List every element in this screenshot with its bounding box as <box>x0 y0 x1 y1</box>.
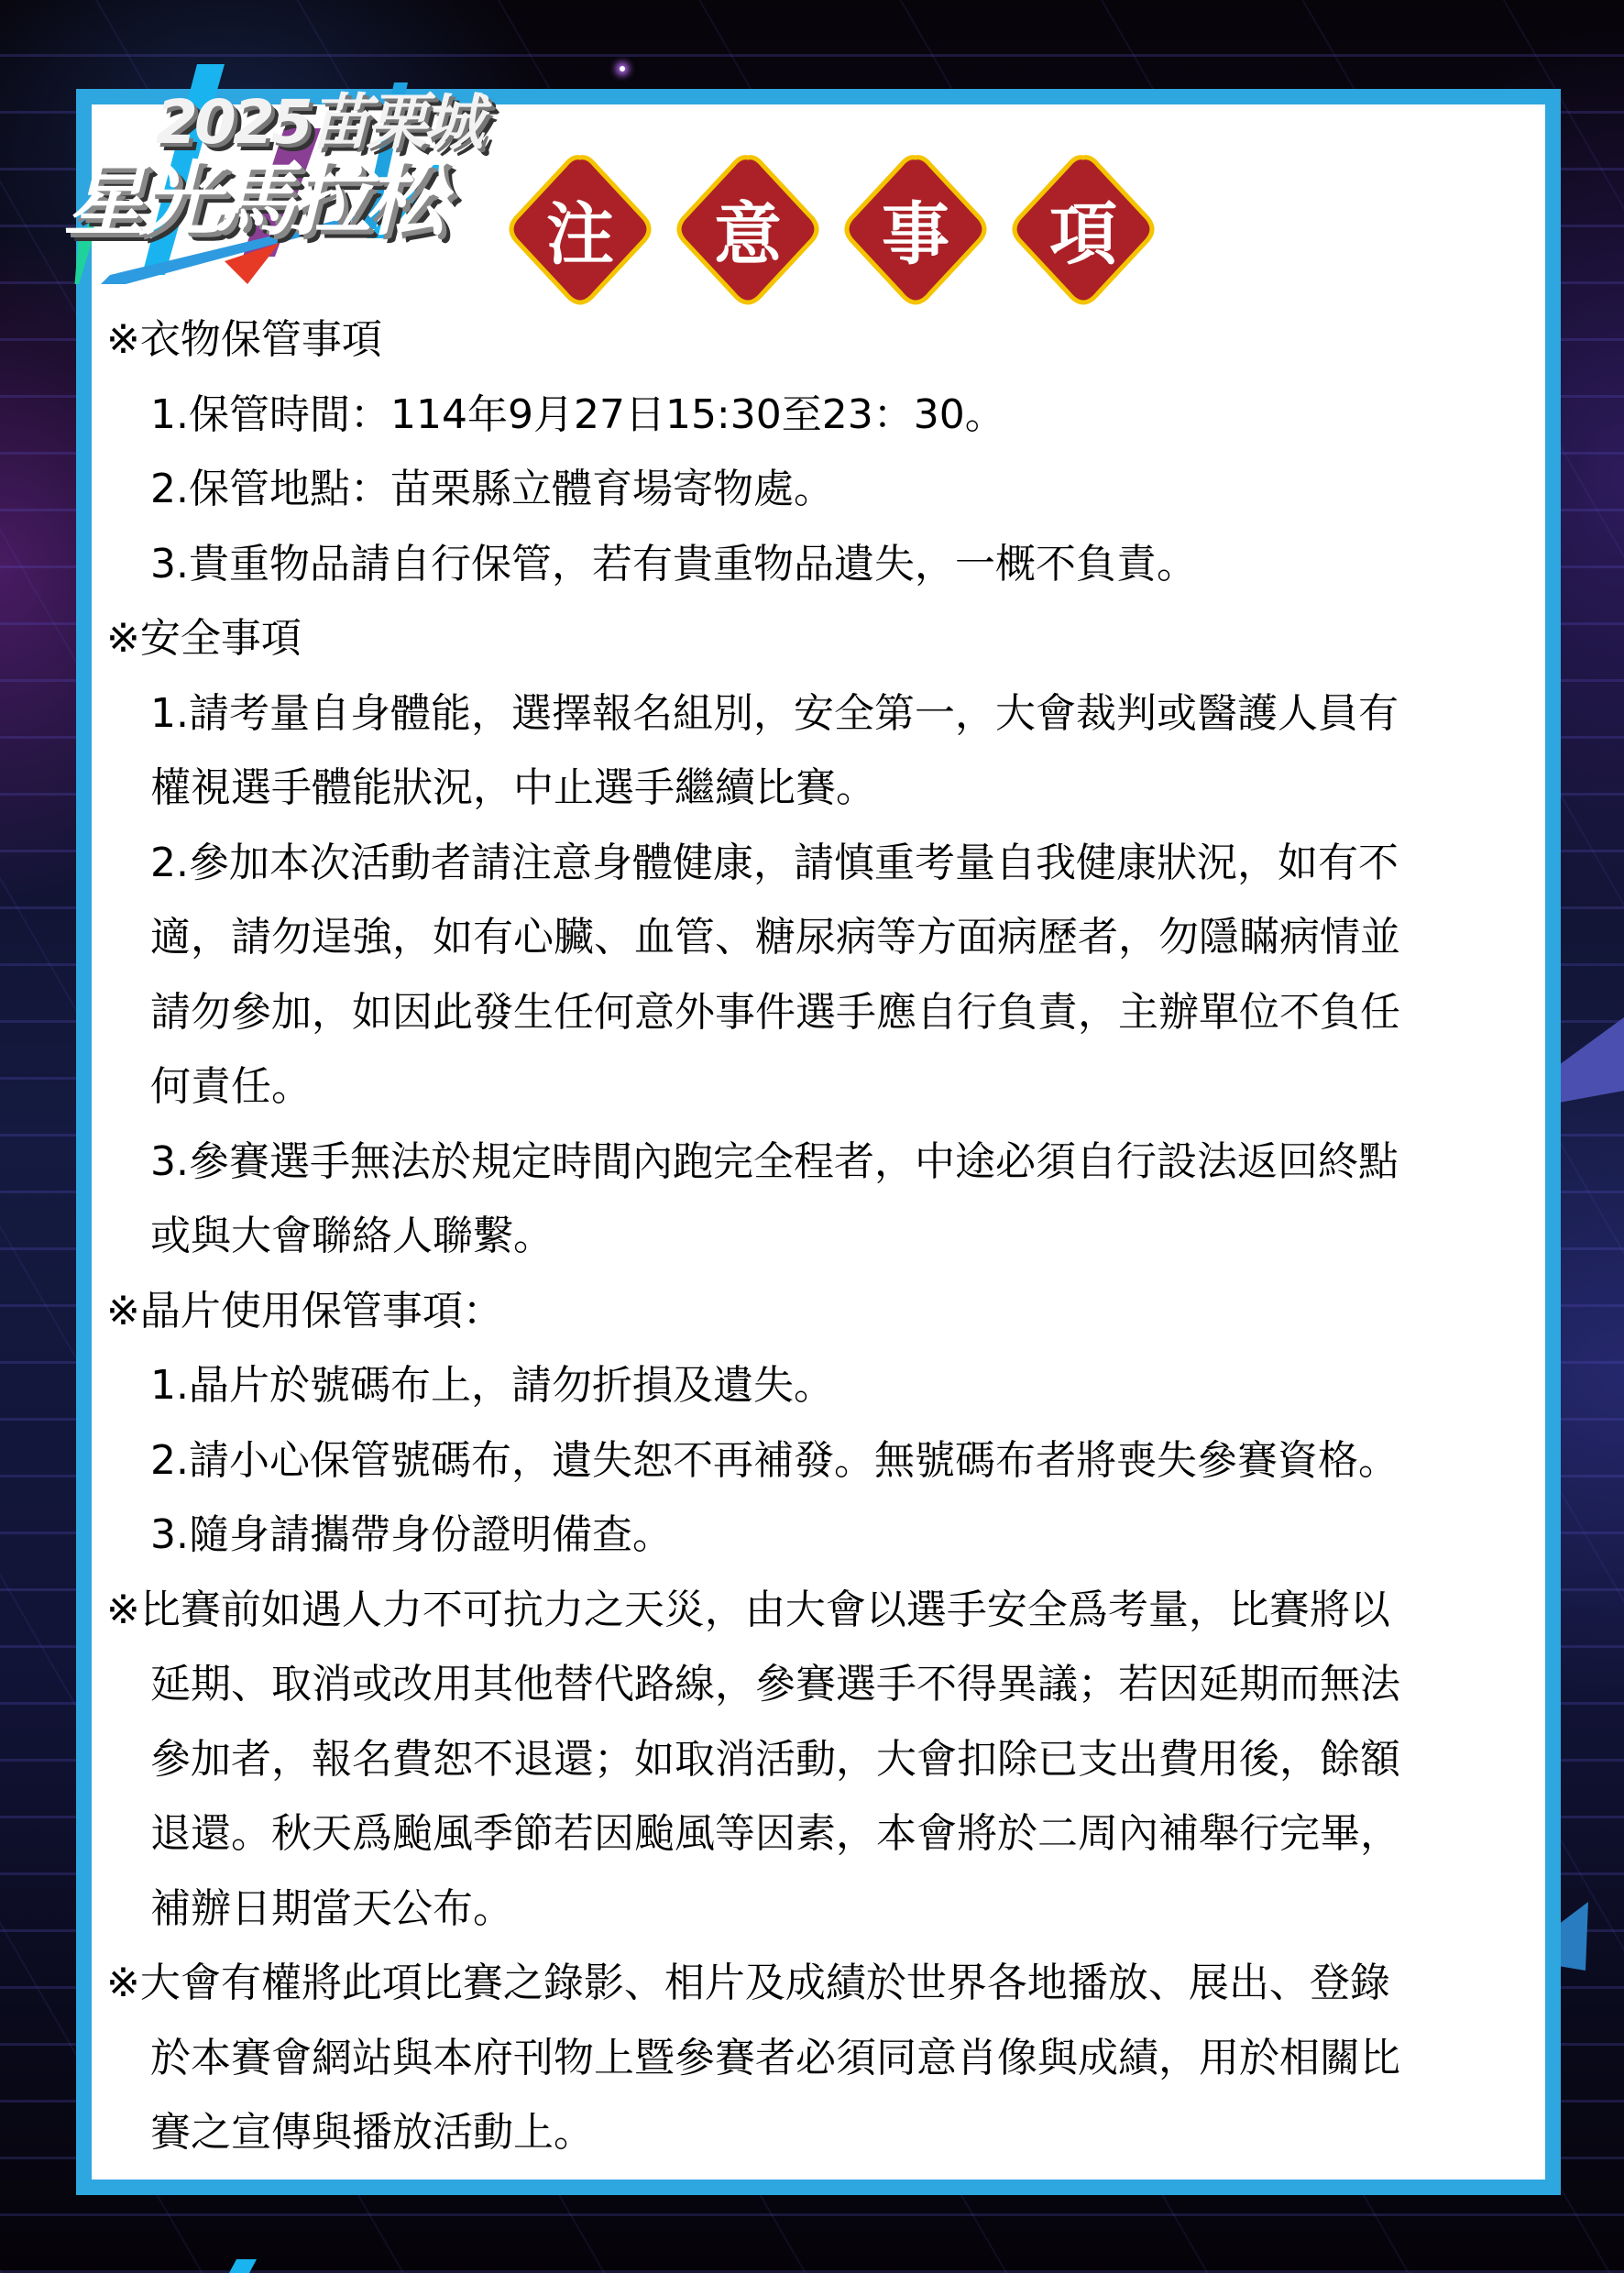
section-force-majeure: ※比賽前如遇人力不可抗力之天災，由大會以選手安全爲考量，比賽將以 延期、取消或改… <box>106 1573 1518 1947</box>
section-safety: ※安全事項 1.請考量自身體能，選擇報名組別，安全第一，大會裁判或醫護人員有 權… <box>106 601 1518 1274</box>
section-line: 參加者，報名費恕不退還；如取消活動，大會扣除已支出費用後，餘額 <box>106 1722 1518 1797</box>
section-line: 何責任。 <box>106 1049 1518 1125</box>
decorative-shard <box>229 2259 266 2273</box>
section-line: 1.晶片於號碼布上，請勿折損及遺失。 <box>106 1348 1518 1423</box>
heading-badge: 事 <box>842 152 989 306</box>
section-title: ※比賽前如遇人力不可抗力之天災，由大會以選手安全爲考量，比賽將以 <box>106 1573 1518 1648</box>
heading-char: 事 <box>842 152 989 306</box>
section-line: 1.請考量自身體能，選擇報名組別，安全第一，大會裁判或醫護人員有 <box>106 676 1518 752</box>
heading-char: 意 <box>675 152 821 306</box>
section-line: 3.貴重物品請自行保管，若有貴重物品遺失，一概不負責。 <box>106 527 1518 602</box>
heading-char: 注 <box>507 152 653 306</box>
heading-badge: 項 <box>1010 152 1157 306</box>
heading-char: 項 <box>1010 152 1157 306</box>
section-chip-usage: ※晶片使用保管事項： 1.晶片於號碼布上，請勿折損及遺失。 2.請小心保管號碼布… <box>106 1274 1518 1573</box>
section-line: 退還。秋天爲颱風季節若因颱風等因素，本會將於二周內補舉行完畢， <box>106 1796 1518 1872</box>
section-line: 3.隨身請攜帶身份證明備查。 <box>106 1498 1518 1573</box>
section-line: 於本賽會網站與本府刊物上暨參賽者必須同意肖像與成績，用於相關比 <box>106 2021 1518 2096</box>
section-line: 權視選手體能狀況，中止選手繼續比賽。 <box>106 751 1518 826</box>
section-title: ※衣物保管事項 <box>106 302 1518 378</box>
section-title: ※晶片使用保管事項： <box>106 1274 1518 1349</box>
section-line: 2.保管地點：苗栗縣立體育場寄物處。 <box>106 452 1518 527</box>
section-line: 延期、取消或改用其他替代路線，參賽選手不得異議；若因延期而無法 <box>106 1647 1518 1722</box>
section-title: ※大會有權將此項比賽之錄影、相片及成績於世界各地播放、展出、登錄 <box>106 1946 1518 2021</box>
section-line: 或與大會聯絡人聯繫。 <box>106 1199 1518 1274</box>
section-line: 2.請小心保管號碼布，遺失恕不再補發。無號碼布者將喪失參賽資格。 <box>106 1423 1518 1499</box>
section-line: 1.保管時間：114年9月27日15:30至23：30。 <box>106 378 1518 453</box>
section-line: 2.參加本次活動者請注意身體健康，請慎重考量自我健康狀況，如有不 <box>106 826 1518 901</box>
notice-content: ※衣物保管事項 1.保管時間：114年9月27日15:30至23：30。 2.保… <box>106 302 1518 2170</box>
heading-badge: 注 <box>507 152 653 306</box>
logo-title-text: 星光馬拉松 <box>64 136 440 251</box>
section-line: 3.參賽選手無法於規定時間內跑完全程者，中途必須自行設法返回終點 <box>106 1125 1518 1200</box>
section-title: ※安全事項 <box>106 601 1518 676</box>
page-heading: 注 意 事 項 <box>507 152 1157 306</box>
star-sparkle-icon <box>620 66 625 71</box>
section-line: 賽之宣傳與播放活動上。 <box>106 2095 1518 2170</box>
section-line: 補辦日期當天公布。 <box>106 1872 1518 1947</box>
decorative-shard <box>1558 1902 1595 1975</box>
section-line: 適，請勿逞強，如有心臟、血管、糖尿病等方面病歷者，勿隱瞞病情並 <box>106 900 1518 975</box>
section-line: 請勿參加，如因此發生任何意外事件選手應自行負責，主辦單位不負任 <box>106 975 1518 1050</box>
event-logo: 2025苗栗城 星光馬拉松 <box>55 46 486 284</box>
section-media-rights: ※大會有權將此項比賽之錄影、相片及成績於世界各地播放、展出、登錄 於本賽會網站與… <box>106 1946 1518 2170</box>
section-clothing-storage: ※衣物保管事項 1.保管時間：114年9月27日15:30至23：30。 2.保… <box>106 302 1518 601</box>
heading-badge: 意 <box>675 152 821 306</box>
